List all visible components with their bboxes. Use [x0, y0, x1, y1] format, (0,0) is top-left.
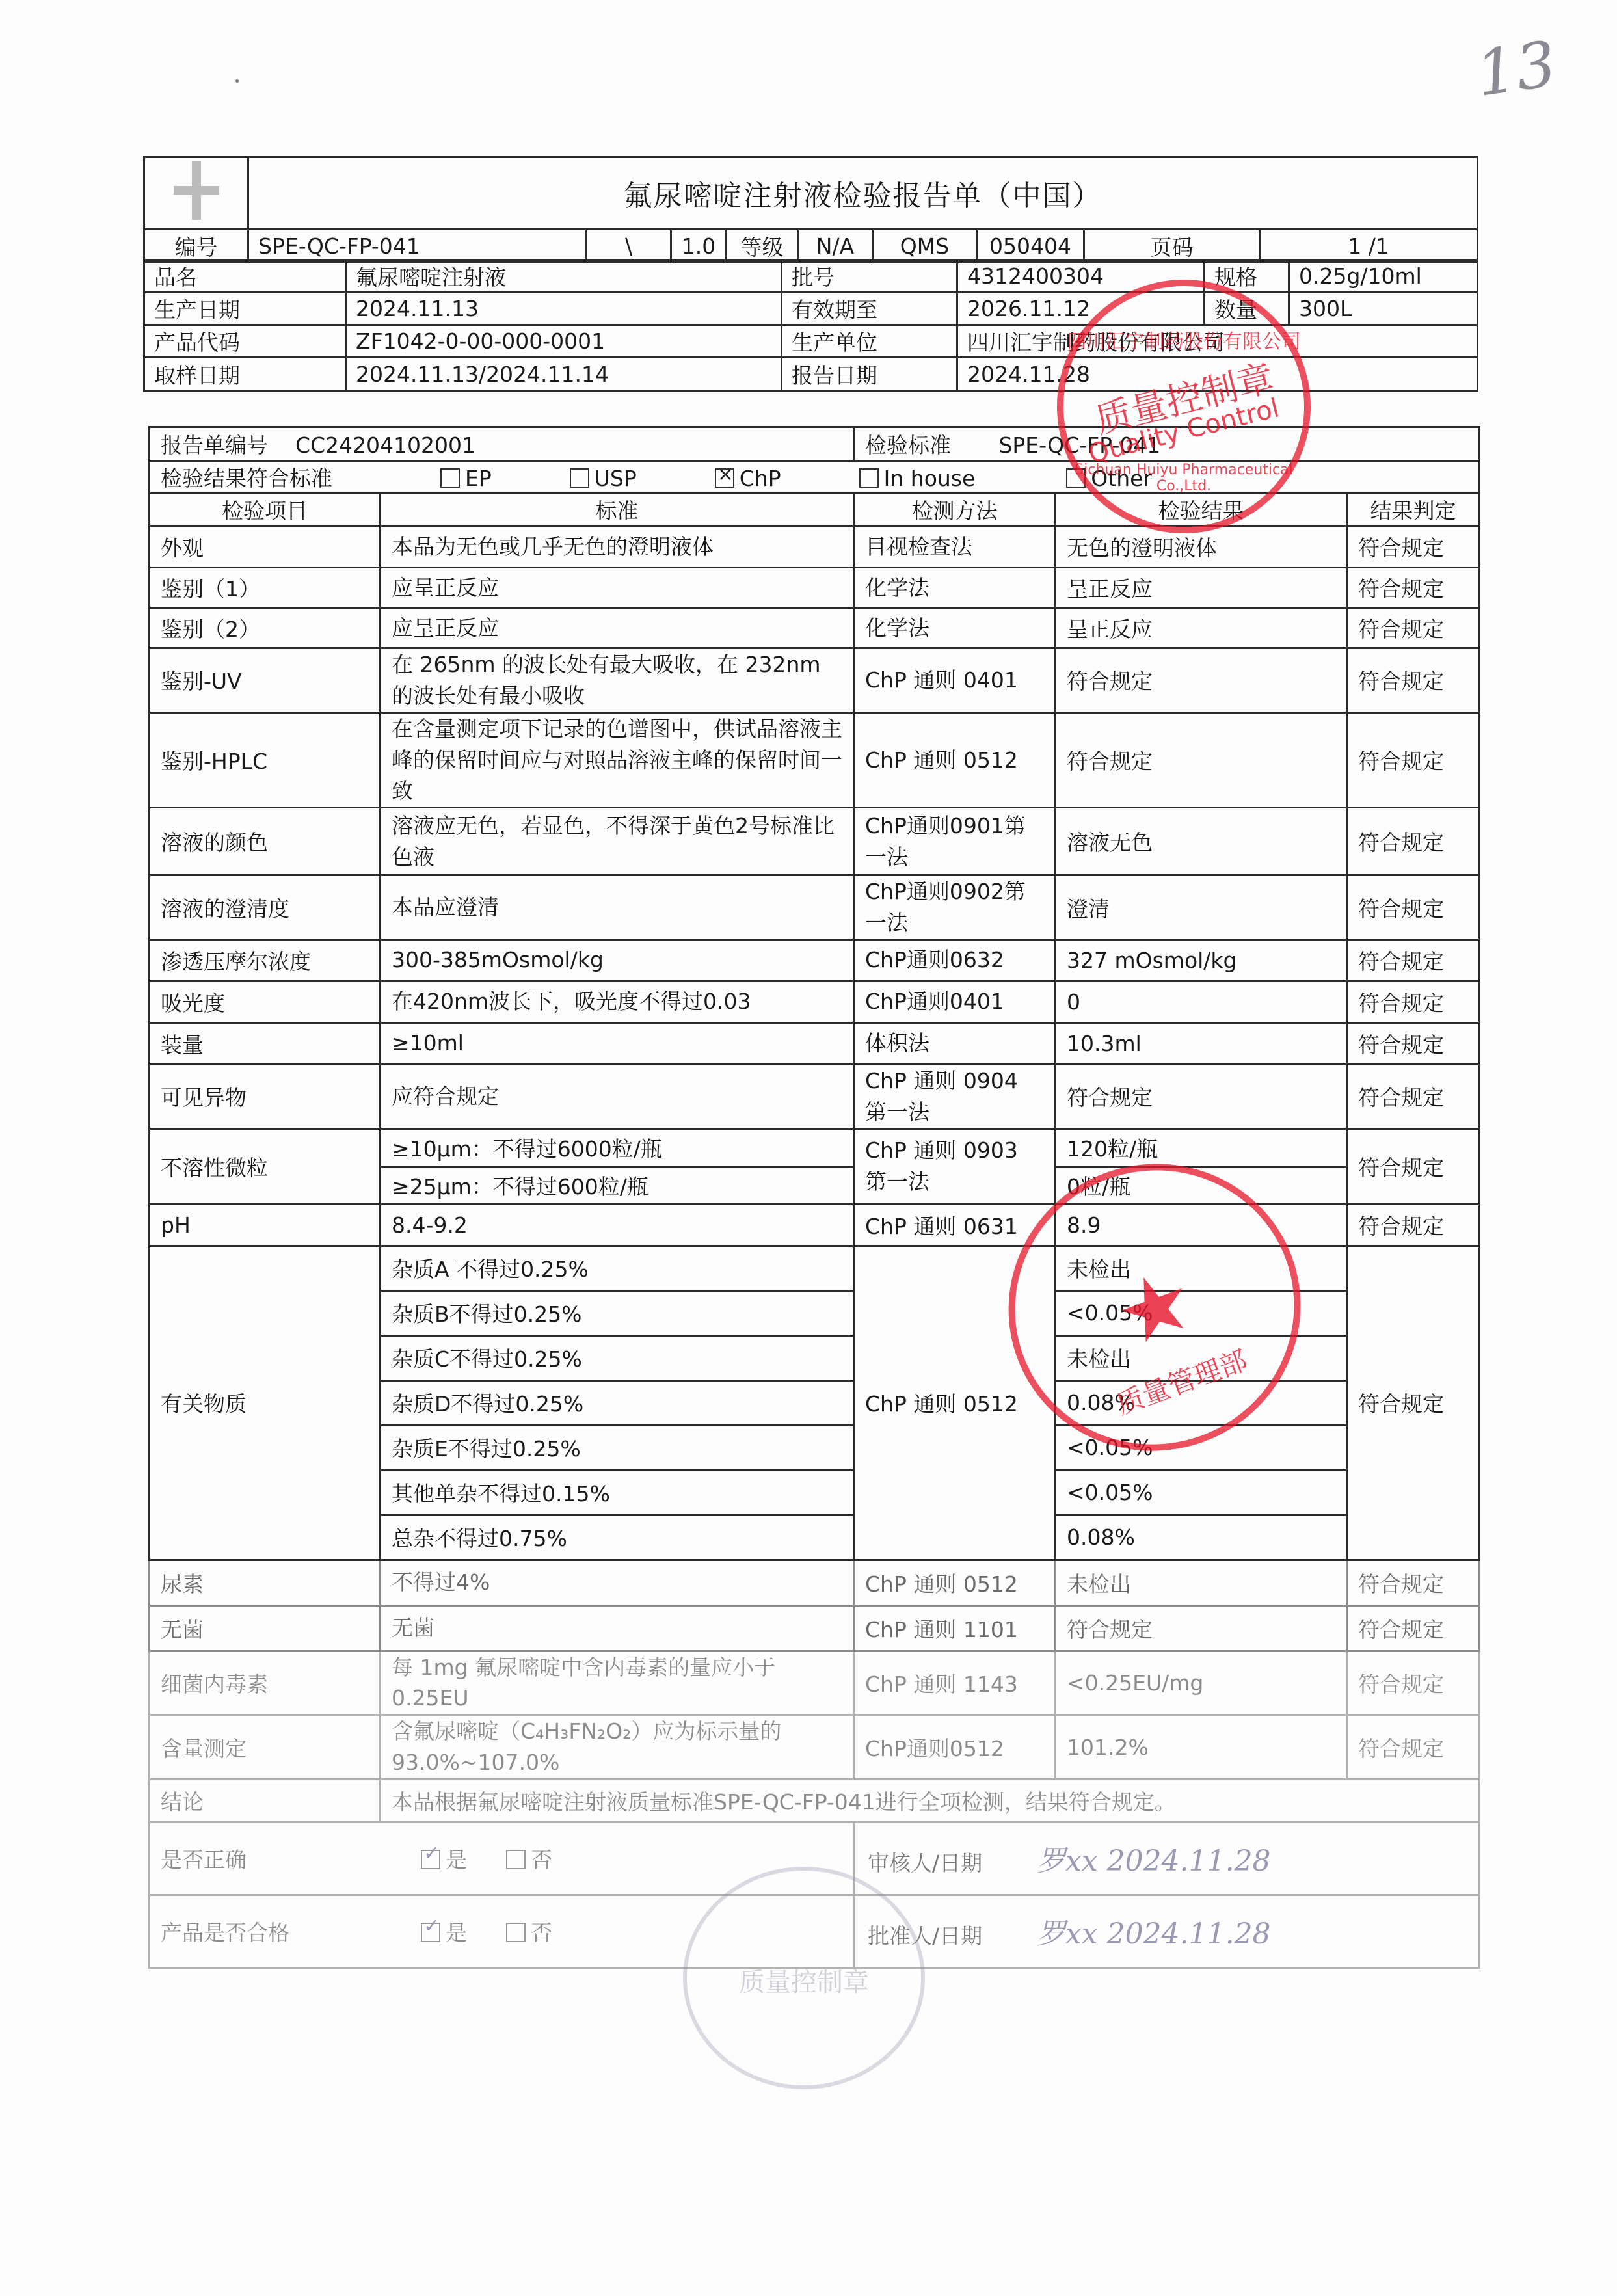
inspection-table: 报告单编号 CC24204102001 检验标准 SPE-QC-FP-041检验… [148, 426, 1480, 1969]
method-text: ChP通则0632 [854, 939, 1056, 981]
result-text: 符合规定 [1056, 648, 1347, 713]
item-name: 有关物质 [150, 1246, 381, 1560]
report-std-label: 检验标准 [865, 433, 951, 458]
system-label: QMS [873, 230, 977, 263]
table-row: 渗透压摩尔浓度 300-385mOsmol/kg ChP通则0632 327 m… [150, 939, 1480, 981]
item-name: 溶液的澄清度 [150, 875, 381, 940]
method-text: ChP通则0902第一法 [854, 875, 1056, 940]
result-text: 未检出 [1056, 1335, 1347, 1380]
result-text: 0 [1056, 981, 1347, 1022]
table-row: 细菌内毒素 每 1mg 氟尿嘧啶中含内毒素的量应小于0.25EU ChP 通则 … [150, 1651, 1480, 1715]
verdict-text: 符合规定 [1347, 1128, 1480, 1204]
standard-text: 本品应澄清 [381, 875, 854, 940]
verdict-text: 符合规定 [1347, 568, 1480, 608]
option-label: In house [884, 466, 976, 491]
item-name: 外观 [150, 526, 381, 568]
method-text: 化学法 [854, 608, 1056, 648]
scan-speck [235, 79, 239, 83]
standard-text: ≥10μm：不得过6000粒/瓶 [381, 1128, 854, 1166]
table-row: 鉴别（1） 应呈正反应 化学法 呈正反应 符合规定 [150, 568, 1480, 608]
approver-signature: 罗xx 2024.11.28 [1037, 1917, 1271, 1951]
manufacturer-value: 四川汇宇制药股份有限公司 [957, 325, 1478, 358]
approver-label: 批准人/日期 [868, 1919, 1037, 1950]
result-text: 无色的澄明液体 [1056, 526, 1347, 568]
standard-text: 8.4-9.2 [381, 1204, 854, 1246]
standard-text: 杂质B不得过0.25% [381, 1290, 854, 1335]
item-text: pH [150, 1204, 381, 1246]
result-text: 未检出 [1056, 1246, 1347, 1290]
option-label: ChP [740, 466, 781, 491]
page-label: 页码 [1084, 230, 1260, 263]
result-text: <0.25EU/mg [1056, 1651, 1347, 1715]
result-text: 呈正反应 [1056, 568, 1347, 608]
table-row: 鉴别-HPLC 在含量测定项下记录的色谱图中，供试品溶液主峰的保留时间应与对照品… [150, 712, 1480, 808]
batch-value: 4312400304 [957, 260, 1205, 293]
spec-label: 规格 [1205, 260, 1289, 293]
item-name: 无菌 [150, 1605, 381, 1651]
checkbox-icon[interactable] [859, 468, 879, 488]
standard-text: 应呈正反应 [381, 568, 854, 608]
method-text: ChP 通则 1101 [854, 1605, 1056, 1651]
company-logo-icon [174, 161, 219, 220]
report-no-cell: 报告单编号 CC24204102001 [150, 427, 854, 461]
checkbox-checked-icon[interactable] [421, 1850, 440, 1869]
report-std-value: SPE-QC-FP-041 [998, 433, 1160, 458]
item-name: 溶液的颜色 [150, 808, 381, 875]
correctness-cell: 是否正确是否 [150, 1822, 854, 1895]
table-row: 鉴别（2） 应呈正反应 化学法 呈正反应 符合规定 [150, 608, 1480, 648]
table-row: 吸光度 在420nm波长下，吸光度不得过0.03 ChP通则0401 0 符合规… [150, 981, 1480, 1022]
verdict-text: 符合规定 [1347, 1022, 1480, 1064]
correct-yes[interactable]: 是 [421, 1843, 467, 1874]
conclusion-label: 结论 [150, 1779, 381, 1822]
item-name: 不溶性微粒 [150, 1128, 381, 1204]
table-row: 鉴别-UV 在 265nm 的波长处有最大吸收，在 232nm 的波长处有最小吸… [150, 648, 1480, 713]
quantity-label: 数量 [1205, 293, 1289, 325]
standard-text: 在含量测定项下记录的色谱图中，供试品溶液主峰的保留时间应与对照品溶液主峰的保留时… [381, 712, 854, 808]
yes-label: 是 [446, 1920, 467, 1945]
result-text: 327 mOsmol/kg [1056, 939, 1347, 981]
item-name: 鉴别（2） [150, 608, 381, 648]
table-row: 可见异物 应符合规定 ChP 通则 0904 第一法 符合规定 符合规定 [150, 1064, 1480, 1128]
table-row: 溶液的澄清度 本品应澄清 ChP通则0902第一法 澄清 符合规定 [150, 875, 1480, 940]
column-header: 检验项目 [150, 494, 381, 526]
grade-label: 等级 [727, 230, 798, 263]
document-title: 氟尿嘧啶注射液检验报告单（中国） [248, 157, 1478, 230]
expiry-value: 2026.11.12 [957, 293, 1205, 325]
table-row: 有关物质 杂质A 不得过0.25% ChP 通则 0512 未检出 符合规定 [150, 1246, 1480, 1290]
no-label: 否 [531, 1847, 552, 1873]
yes-label: 是 [446, 1847, 467, 1873]
column-header: 检测方法 [854, 494, 1056, 526]
batch-label: 批号 [782, 260, 957, 293]
verdict-text: 符合规定 [1347, 1204, 1480, 1246]
standard-option-in-house[interactable]: In house [859, 466, 976, 491]
verdict-text: 符合规定 [1347, 1560, 1480, 1605]
standard-text: 300-385mOsmol/kg [381, 939, 854, 981]
result-text: 澄清 [1056, 875, 1347, 940]
checkbox-checked-icon[interactable] [421, 1923, 440, 1942]
result-text: 溶液无色 [1056, 808, 1347, 875]
checkbox-icon[interactable] [506, 1923, 526, 1942]
standard-text: ≥25μm：不得过600粒/瓶 [381, 1166, 854, 1204]
code-label: 编号 [144, 230, 248, 263]
standard-text: 杂质D不得过0.25% [381, 1380, 854, 1425]
product-code-value: ZF1042-0-00-000-0001 [346, 325, 782, 358]
verdict-text: 符合规定 [1347, 1715, 1480, 1780]
method-text: ChP 通则 0904 第一法 [854, 1064, 1056, 1128]
column-header: 结果判定 [1347, 494, 1480, 526]
result-text: <0.05% [1056, 1290, 1347, 1335]
table-row: pH8.4-9.2ChP 通则 06318.9符合规定 [150, 1204, 1480, 1246]
table-row: 外观 本品为无色或几乎无色的澄明液体 目视检查法 无色的澄明液体 符合规定 [150, 526, 1480, 568]
option-label: Other [1091, 466, 1152, 491]
conform-standard-row: 检验结果符合标准EPUSPChPIn houseOther [150, 461, 1480, 494]
report-date-label: 报告日期 [782, 358, 957, 392]
version-value: 1.0 [671, 230, 727, 263]
method-text: 目视检查法 [854, 526, 1056, 568]
manufacturer-label: 生产单位 [782, 325, 957, 358]
approver-cell: 批准人/日期罗xx 2024.11.28 [854, 1895, 1480, 1968]
standard-option-other[interactable]: Other [1066, 466, 1152, 491]
method-text: ChP通则0512 [854, 1715, 1056, 1780]
correct-no[interactable]: 否 [506, 1843, 552, 1874]
checkbox-icon[interactable] [570, 468, 589, 488]
standard-text: 每 1mg 氟尿嘧啶中含内毒素的量应小于0.25EU [381, 1651, 854, 1715]
product-name-label: 品名 [144, 260, 346, 293]
product-code-label: 产品代码 [144, 325, 346, 358]
table-row: 尿素 不得过4% ChP 通则 0512 未检出 符合规定 [150, 1560, 1480, 1605]
standard-option-usp[interactable]: USP [570, 466, 637, 491]
standard-text: 在420nm波长下，吸光度不得过0.03 [381, 981, 854, 1022]
standard-text: 本品为无色或几乎无色的澄明液体 [381, 526, 854, 568]
qualified-label: 产品是否合格 [161, 1916, 369, 1947]
qualified-no[interactable]: 否 [506, 1916, 552, 1947]
product-name-value: 氟尿嘧啶注射液 [346, 260, 782, 293]
checkbox-icon[interactable] [440, 468, 460, 488]
report-std-cell: 检验标准 SPE-QC-FP-041 [854, 427, 1480, 461]
conclusion-text: 本品根据氟尿嘧啶注射液质量标准SPE-QC-FP-041进行全项检测，结果符合规… [381, 1779, 1480, 1822]
verdict-text: 符合规定 [1347, 712, 1480, 808]
table-row: 含量测定 含氟尿嘧啶（C₄H₃FN₂O₂）应为标示量的93.0%~107.0% … [150, 1715, 1480, 1780]
page-value: 1 /1 [1260, 230, 1478, 263]
table-row: 溶液的颜色 溶液应无色，若显色，不得深于黄色2号标准比色液 ChP通则0901第… [150, 808, 1480, 875]
method-text: 化学法 [854, 568, 1056, 608]
result-text: 符合规定 [1056, 1605, 1347, 1651]
standard-text: 在 265nm 的波长处有最大吸收，在 232nm 的波长处有最小吸收 [381, 648, 854, 713]
sampling-date-label: 取样日期 [144, 358, 346, 392]
standard-option-ep[interactable]: EP [440, 466, 492, 491]
verdict-text: 符合规定 [1347, 808, 1480, 875]
result-text: 符合规定 [1056, 712, 1347, 808]
standard-text: 其他单杂不得过0.15% [381, 1470, 854, 1515]
correct-label: 是否正确 [161, 1843, 369, 1874]
production-date-value: 2024.11.13 [346, 293, 782, 325]
result-text: 8.9 [1056, 1204, 1347, 1246]
qualified-yes[interactable]: 是 [421, 1916, 467, 1947]
verdict-text: 符合规定 [1347, 875, 1480, 940]
standard-text: 杂质E不得过0.25% [381, 1425, 854, 1470]
result-text: 未检出 [1056, 1560, 1347, 1605]
result-text: <0.05% [1056, 1425, 1347, 1470]
sampling-date-value: 2024.11.13/2024.11.14 [346, 358, 782, 392]
item-name: 鉴别（1） [150, 568, 381, 608]
verdict-text: 符合规定 [1347, 939, 1480, 981]
method-text: ChP 通则 0512 [854, 1246, 1056, 1560]
reviewer-cell: 审核人/日期罗xx 2024.11.28 [854, 1822, 1480, 1895]
method-text: ChP通则0401 [854, 981, 1056, 1022]
logo-cell [144, 157, 248, 230]
product-info: 品名 氟尿嘧啶注射液 批号 4312400304 规格 0.25g/10ml 生… [143, 259, 1478, 392]
method-text: ChP 通则 0401 [854, 648, 1056, 713]
no-label: 否 [531, 1920, 552, 1945]
handwritten-page-mark: 13 [1472, 27, 1561, 111]
standard-text: 应呈正反应 [381, 608, 854, 648]
verdict-text: 符合规定 [1347, 648, 1480, 713]
standard-text: ≥10ml [381, 1022, 854, 1064]
standard-text: 无菌 [381, 1605, 854, 1651]
qualified-cell: 产品是否合格是否 [150, 1895, 854, 1968]
item-name: 鉴别-HPLC [150, 712, 381, 808]
reviewer-signature: 罗xx 2024.11.28 [1037, 1845, 1271, 1878]
verdict-text: 符合规定 [1347, 1651, 1480, 1715]
checkbox-icon[interactable] [1066, 468, 1086, 488]
method-text: 体积法 [854, 1022, 1056, 1064]
result-text: 0粒/瓶 [1056, 1166, 1347, 1204]
method-text: ChP 通则 0512 [854, 1560, 1056, 1605]
standard-text: 应符合规定 [381, 1064, 854, 1128]
verdict-text: 符合规定 [1347, 1605, 1480, 1651]
standard-text: 溶液应无色，若显色，不得深于黄色2号标准比色液 [381, 808, 854, 875]
checkbox-icon[interactable] [715, 468, 734, 488]
expiry-label: 有效期至 [782, 293, 957, 325]
method-text: ChP 通则 0903 第一法 [854, 1128, 1056, 1204]
item-name: 渗透压摩尔浓度 [150, 939, 381, 981]
method-text: ChP通则0901第一法 [854, 808, 1056, 875]
column-header: 检验结果 [1056, 494, 1347, 526]
grade-value: N/A [798, 230, 873, 263]
result-text: 101.2% [1056, 1715, 1347, 1780]
verdict-text: 符合规定 [1347, 1064, 1480, 1128]
quantity-value: 300L [1289, 293, 1478, 325]
document-header: 氟尿嘧啶注射液检验报告单（中国） 编号 SPE-QC-FP-041 \ 1.0 … [143, 156, 1478, 263]
option-label: USP [595, 466, 637, 491]
table-row: 不溶性微粒≥10μm：不得过6000粒/瓶 ChP 通则 0903 第一法120… [150, 1128, 1480, 1166]
item-name: 可见异物 [150, 1064, 381, 1128]
standard-text: 杂质A 不得过0.25% [381, 1246, 854, 1290]
standard-option-chp[interactable]: ChP [715, 466, 781, 491]
option-label: EP [465, 466, 492, 491]
report-no-label: 报告单编号 [161, 433, 268, 458]
verdict-text: 符合规定 [1347, 608, 1480, 648]
item-name: 尿素 [150, 1560, 381, 1605]
method-text: ChP 通则 1143 [854, 1651, 1056, 1715]
verdict-text: 符合规定 [1347, 981, 1480, 1022]
method-text: ChP 通则 0631 [854, 1204, 1056, 1246]
verdict-text: 符合规定 [1347, 526, 1480, 568]
standard-text: 杂质C不得过0.25% [381, 1335, 854, 1380]
result-text: <0.05% [1056, 1470, 1347, 1515]
conform-label: 检验结果符合标准 [161, 462, 440, 492]
production-date-label: 生产日期 [144, 293, 346, 325]
code-value: SPE-QC-FP-041 [248, 230, 587, 263]
system-code: 050404 [977, 230, 1084, 263]
reviewer-label: 审核人/日期 [868, 1847, 1037, 1877]
result-text: 120粒/瓶 [1056, 1128, 1347, 1166]
result-text: 符合规定 [1056, 1064, 1347, 1128]
column-header: 标准 [381, 494, 854, 526]
item-name: 装量 [150, 1022, 381, 1064]
result-text: 呈正反应 [1056, 608, 1347, 648]
verdict-text: 符合规定 [1347, 1246, 1480, 1560]
slash-cell: \ [587, 230, 671, 263]
spec-value: 0.25g/10ml [1289, 260, 1478, 293]
standard-text: 总杂不得过0.75% [381, 1515, 854, 1560]
report-date-value: 2024.11.28 [957, 358, 1478, 392]
item-name: 吸光度 [150, 981, 381, 1022]
item-name: 含量测定 [150, 1715, 381, 1780]
result-text: 10.3ml [1056, 1022, 1347, 1064]
checkbox-icon[interactable] [506, 1850, 526, 1869]
report-no-value: CC24204102001 [295, 433, 475, 458]
table-row: 装量 ≥10ml 体积法 10.3ml 符合规定 [150, 1022, 1480, 1064]
standard-text: 不得过4% [381, 1560, 854, 1605]
table-row: 无菌 无菌 ChP 通则 1101 符合规定 符合规定 [150, 1605, 1480, 1651]
result-text: 0.08% [1056, 1515, 1347, 1560]
item-name: 细菌内毒素 [150, 1651, 381, 1715]
result-text: 0.08% [1056, 1380, 1347, 1425]
method-text: ChP 通则 0512 [854, 712, 1056, 808]
standard-text: 含氟尿嘧啶（C₄H₃FN₂O₂）应为标示量的93.0%~107.0% [381, 1715, 854, 1780]
item-name: 鉴别-UV [150, 648, 381, 713]
